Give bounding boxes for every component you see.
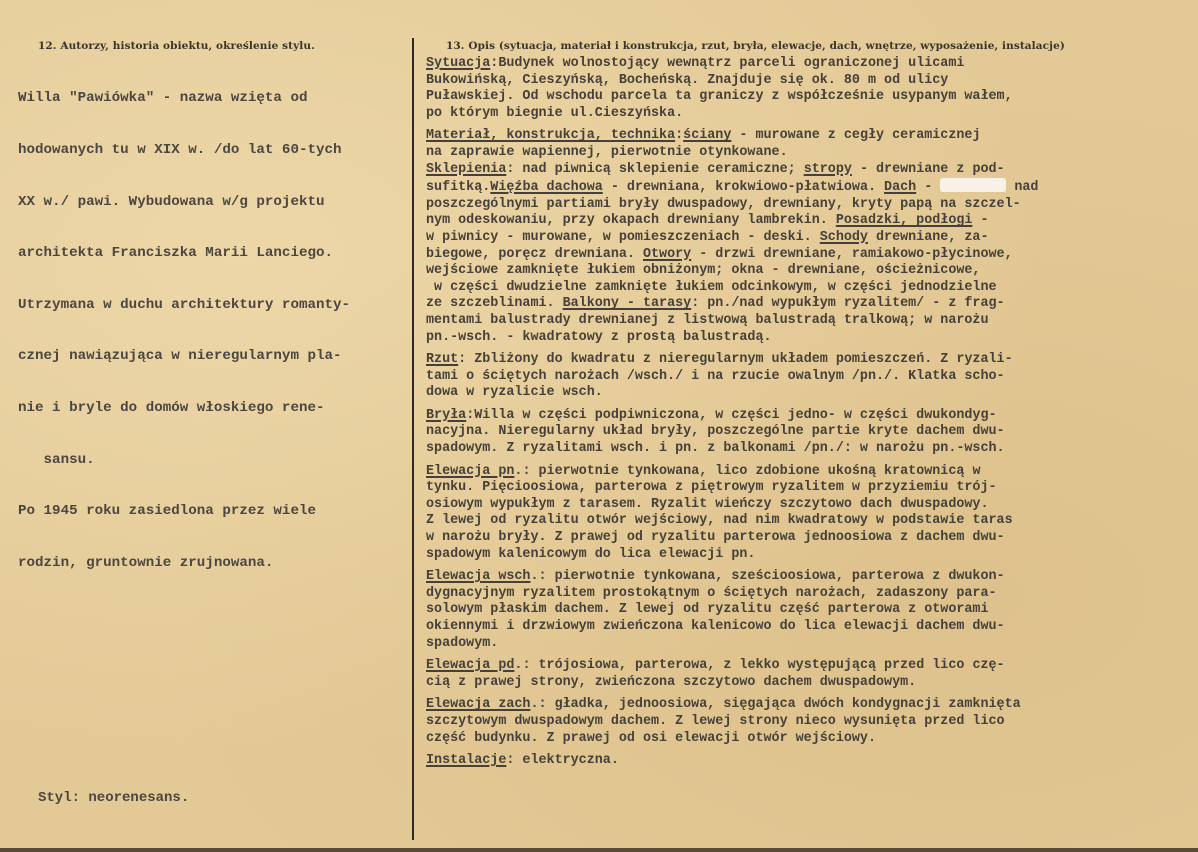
text: tynku. Pięcioosiowa, parterowa z piętrow… (426, 480, 1186, 497)
history-line: XX w./ pawi. Wybudowana w/g projektu (18, 194, 408, 211)
section-elewacja-pn: Elewacja pn.: pierwotnie tynkowana, lico… (426, 464, 1186, 564)
label-material: Materiał, konstrukcja, technika (426, 128, 675, 143)
text: w narożu bryły. Z prawej od ryzalitu par… (426, 530, 1186, 547)
history-line: cznej nawiązująca w nieregularnym pla- (18, 348, 408, 365)
history-line: sansu. (18, 452, 408, 469)
text: ze szczeblinami. (426, 296, 563, 311)
text: : Zbliżony do kwadratu z nieregularnym u… (458, 352, 1012, 367)
description-text: Sytuacja:Budynek wolnostojący wewnątrz p… (426, 56, 1186, 776)
text: - (916, 180, 940, 195)
history-line: nie i bryle do domów włoskiego rene- (18, 400, 408, 417)
label-balkony: Balkony - tarasy (563, 296, 692, 311)
correction-fluid-mark (940, 178, 1006, 192)
text: okiennymi i drzwiowym zwieńczona kalenic… (426, 619, 1186, 636)
label-dach: Dach (884, 180, 916, 195)
field-13-header: 13. Opis (sytuacja, materiał i konstrukc… (446, 40, 1065, 52)
history-text: Willa "Pawiówka" - nazwa wzięta od hodow… (18, 56, 408, 589)
history-line: Utrzymana w duchu architektury romanty- (18, 297, 408, 314)
text: mentami balustrady drewnianej z listwową… (426, 313, 1186, 330)
text: - drewniana, krokwiowo-płatwiowa. (603, 180, 884, 195)
text: .: pierwotnie tynkowana, sześcioosiowa, … (530, 569, 1004, 584)
label-wiezba: Więźba dachowa (490, 180, 603, 195)
text: Z lewej od ryzalitu otwór wejściowy, nad… (426, 513, 1186, 530)
section-elewacja-pd: Elewacja pd.: trójosiowa, parterowa, z l… (426, 658, 1186, 691)
text: solowym płaskim dachem. Z lewej od ryzal… (426, 602, 1186, 619)
text: : pn./nad wypukłym ryzalitem/ - z frag- (691, 296, 1004, 311)
label-schody: Schody (820, 230, 868, 245)
text: cią z prawej strony, zwieńczona szczytow… (426, 675, 1186, 692)
text: w piwnicy - murowane, w pomieszczeniach … (426, 230, 820, 245)
text: w części dwudzielne zamknięte łukiem odc… (426, 280, 1186, 297)
text: część budynku. Z prawej od osi elewacji … (426, 731, 1186, 748)
label-elewacja-zach: Elewacja zach (426, 697, 530, 712)
text: dygnacyjnym ryzalitem prostokątnym o ści… (426, 586, 1186, 603)
section-bryla: Bryła:Willa w części podpiwniczona, w cz… (426, 408, 1186, 458)
text: nacyjna. Nieregularny układ bryły, poszc… (426, 424, 1186, 441)
column-divider (412, 38, 414, 840)
label-stropy: stropy (804, 162, 852, 177)
text: spadowym. (426, 636, 1186, 653)
text: - drzwi drewniane, ramiakowo-płycinowe, (691, 247, 1012, 262)
text: szczytowym dwuspadowym dachem. Z lewej s… (426, 714, 1186, 731)
section-instalacje: Instalacje: elektryczna. (426, 753, 1186, 770)
text: .: trójosiowa, parterowa, z lekko występ… (514, 658, 1004, 673)
text: nym odeskowaniu, przy okapach drewniany … (426, 213, 836, 228)
text: drewniane, za- (868, 230, 989, 245)
history-line: architekta Franciszka Marii Lanciego. (18, 245, 408, 262)
label-bryla: Bryła (426, 408, 466, 423)
text: Bukowińską, Cieszyńską, Bocheńską. Znajd… (426, 73, 1186, 90)
text: osiowym wypukłym z tarasem. Ryzalit wień… (426, 497, 1186, 514)
text: .: pierwotnie tynkowana, lico zdobione u… (514, 464, 980, 479)
label-posadzki: Posadzki, podłogi (836, 213, 973, 228)
label-sytuacja: Sytuacja (426, 56, 490, 71)
label-sciany: ściany (683, 128, 731, 143)
text: spadowym kalenicowym do lica elewacji pn… (426, 547, 1186, 564)
text: - drewniane z pod- (852, 162, 1005, 177)
text: nad (1006, 180, 1038, 195)
text: - (972, 213, 988, 228)
history-line: rodzin, gruntownie zrujnowana. (18, 555, 408, 572)
section-rzut: Rzut: Zbliżony do kwadratu z nieregularn… (426, 352, 1186, 402)
label-instalacje: Instalacje (426, 753, 506, 768)
label-elewacja-pn: Elewacja pn (426, 464, 514, 479)
section-elewacja-wsch: Elewacja wsch.: pierwotnie tynkowana, sz… (426, 569, 1186, 652)
text: .: gładka, jednoosiowa, sięgająca dwóch … (530, 697, 1020, 712)
label-sklepienia: Sklepienia (426, 162, 506, 177)
section-sytuacja: Sytuacja:Budynek wolnostojący wewnątrz p… (426, 56, 1186, 122)
field-12-header: 12. Autorzy, historia obiektu, określeni… (38, 40, 315, 52)
text: : (675, 128, 683, 143)
card-bottom-edge (0, 848, 1198, 852)
text: : nad piwnicą sklepienie ceramiczne; (506, 162, 803, 177)
label-rzut: Rzut (426, 352, 458, 367)
history-line: hodowanych tu w XIX w. /do lat 60-tych (18, 142, 408, 159)
label-otwory: Otwory (643, 247, 691, 262)
text: poszczególnymi partiami bryły dwuspadowy… (426, 197, 1186, 214)
text: - murowane z cegły ceramicznej (731, 128, 980, 143)
text: :Willa w części podpiwniczona, w części … (466, 408, 996, 423)
text: po którym biegnie ul.Cieszyńska. (426, 106, 1186, 123)
text: Puławskiej. Od wschodu parcela ta granic… (426, 89, 1186, 106)
section-material: Materiał, konstrukcja, technika:ściany -… (426, 128, 1186, 346)
text: na zaprawie wapiennej, pierwotnie otynko… (426, 145, 1186, 162)
section-elewacja-zach: Elewacja zach.: gładka, jednoosiowa, się… (426, 697, 1186, 747)
text: pn.-wsch. - kwadratowy z prostą balustra… (426, 330, 1186, 347)
text: spadowym. Z ryzalitami wsch. i pn. z bal… (426, 441, 1186, 458)
text: sufitką. (426, 180, 490, 195)
history-line: Willa "Pawiówka" - nazwa wzięta od (18, 90, 408, 107)
text: biegowe, poręcz drewniana. (426, 247, 643, 262)
label-elewacja-pd: Elewacja pd (426, 658, 514, 673)
style-note: Styl: neorenesans. (38, 790, 189, 806)
label-elewacja-wsch: Elewacja wsch (426, 569, 530, 584)
text: dowa w ryzalicie wsch. (426, 385, 1186, 402)
text: :Budynek wolnostojący wewnątrz parceli o… (490, 56, 964, 71)
history-line: Po 1945 roku zasiedlona przez wiele (18, 503, 408, 520)
text: tami o ściętych narożach /wsch./ i na rz… (426, 369, 1186, 386)
text: wejściowe zamknięte łukiem obniżonym; ok… (426, 263, 1186, 280)
text: : elektryczna. (506, 753, 619, 768)
